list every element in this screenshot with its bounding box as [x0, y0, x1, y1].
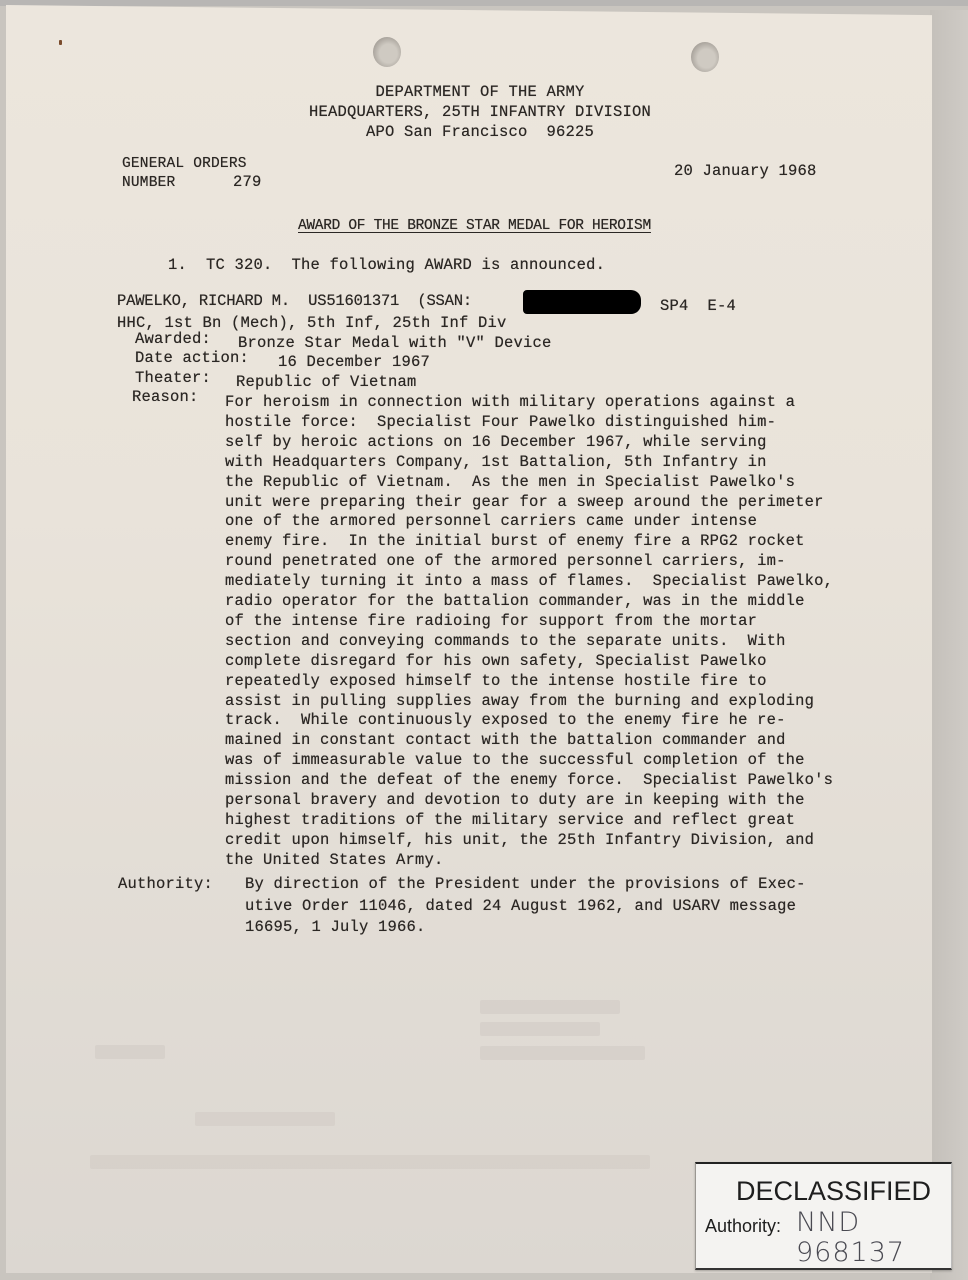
header-apo: APO San Francisco 96225 — [280, 122, 680, 142]
text-line: personal bravery and devotion to duty ar… — [225, 790, 805, 810]
text-line: credit upon himself, his unit, the 25th … — [225, 830, 814, 850]
text-line: track. While continuously exposed to the… — [225, 710, 786, 730]
bleed-through — [95, 1045, 165, 1059]
bleed-through — [480, 1000, 620, 1014]
punch-hole-left — [373, 37, 401, 67]
bleed-through — [195, 1112, 335, 1126]
text-line: of the intense fire radioing for support… — [225, 611, 757, 631]
text-line: was of immeasurable value to the success… — [225, 750, 805, 770]
text-line: highest traditions of the military servi… — [225, 810, 795, 830]
text-line: mission and the defeat of the enemy forc… — [225, 770, 833, 790]
text-line: mained in constant contact with the batt… — [225, 730, 786, 750]
text-line: the Republic of Vietnam. As the men in S… — [225, 472, 795, 492]
declassified-stamp: DECLASSIFIED Authority: NND 968137 — [695, 1162, 952, 1270]
text-line: utive Order 11046, dated 24 August 1962,… — [245, 896, 796, 916]
text-line: repeatedly exposed himself to the intens… — [225, 671, 767, 691]
text-line: section and conveying commands to the se… — [225, 631, 786, 651]
bleed-through — [480, 1022, 600, 1036]
header-department: DEPARTMENT OF THE ARMY — [280, 82, 680, 102]
text-line: round penetrated one of the armored pers… — [225, 551, 786, 571]
order-number: 279 — [233, 172, 262, 192]
awarded-label: Awarded: — [135, 329, 211, 349]
authority-label: Authority: — [118, 874, 213, 894]
theater-value: Republic of Vietnam — [236, 372, 417, 392]
date-action-label: Date action: — [135, 348, 249, 368]
declassified-authority-value: NND 968137 — [796, 1208, 946, 1269]
award-title: AWARD OF THE BRONZE STAR MEDAL FOR HEROI… — [298, 216, 651, 236]
declassified-authority-label: Authority: — [705, 1216, 781, 1237]
text-line: self by heroic actions on 16 December 19… — [225, 432, 767, 452]
date-action-value: 16 December 1967 — [278, 352, 430, 372]
intro-paragraph: 1. TC 320. The following AWARD is announ… — [168, 255, 605, 275]
text-line: complete disregard for his own safety, S… — [225, 651, 767, 671]
header-headquarters: HEADQUARTERS, 25TH INFANTRY DIVISION — [280, 102, 680, 122]
general-orders-label: GENERAL ORDERS — [122, 154, 247, 174]
text-line: the United States Army. — [225, 850, 444, 870]
text-line: By direction of the President under the … — [245, 874, 806, 894]
punch-hole-right — [691, 42, 719, 72]
text-line: mediately turning it into a mass of flam… — [225, 571, 833, 591]
text-line: assist in pulling supplies away from the… — [225, 691, 814, 711]
text-line: unit were preparing their gear for a swe… — [225, 492, 824, 512]
theater-label: Theater: — [135, 368, 211, 388]
text-line: 16695, 1 July 1966. — [245, 917, 426, 937]
text-line: with Headquarters Company, 1st Battalion… — [225, 452, 767, 472]
awarded-value: Bronze Star Medal with "V" Device — [238, 333, 552, 353]
order-date: 20 January 1968 — [674, 161, 817, 181]
declassified-title: DECLASSIFIED — [696, 1176, 951, 1207]
backdrop — [0, 0, 968, 6]
number-label: NUMBER — [122, 173, 175, 193]
paper-edge-shadow — [930, 10, 968, 1280]
bleed-through — [90, 1155, 650, 1169]
recipient-rank: SP4 E-4 — [660, 296, 736, 316]
text-line: For heroism in connection with military … — [225, 392, 795, 412]
bleed-through — [480, 1046, 645, 1060]
paper-stain — [59, 40, 62, 45]
ssan-redaction — [523, 290, 641, 314]
text-line: hostile force: Specialist Four Pawelko d… — [225, 412, 776, 432]
text-line: radio operator for the battalion command… — [225, 591, 805, 611]
reason-label: Reason: — [132, 387, 199, 407]
recipient-name-line: PAWELKO, RICHARD M. US51601371 (SSAN: — [117, 291, 472, 311]
text-line: one of the armored personnel carriers ca… — [225, 511, 757, 531]
text-line: enemy fire. In the initial burst of enem… — [225, 531, 805, 551]
